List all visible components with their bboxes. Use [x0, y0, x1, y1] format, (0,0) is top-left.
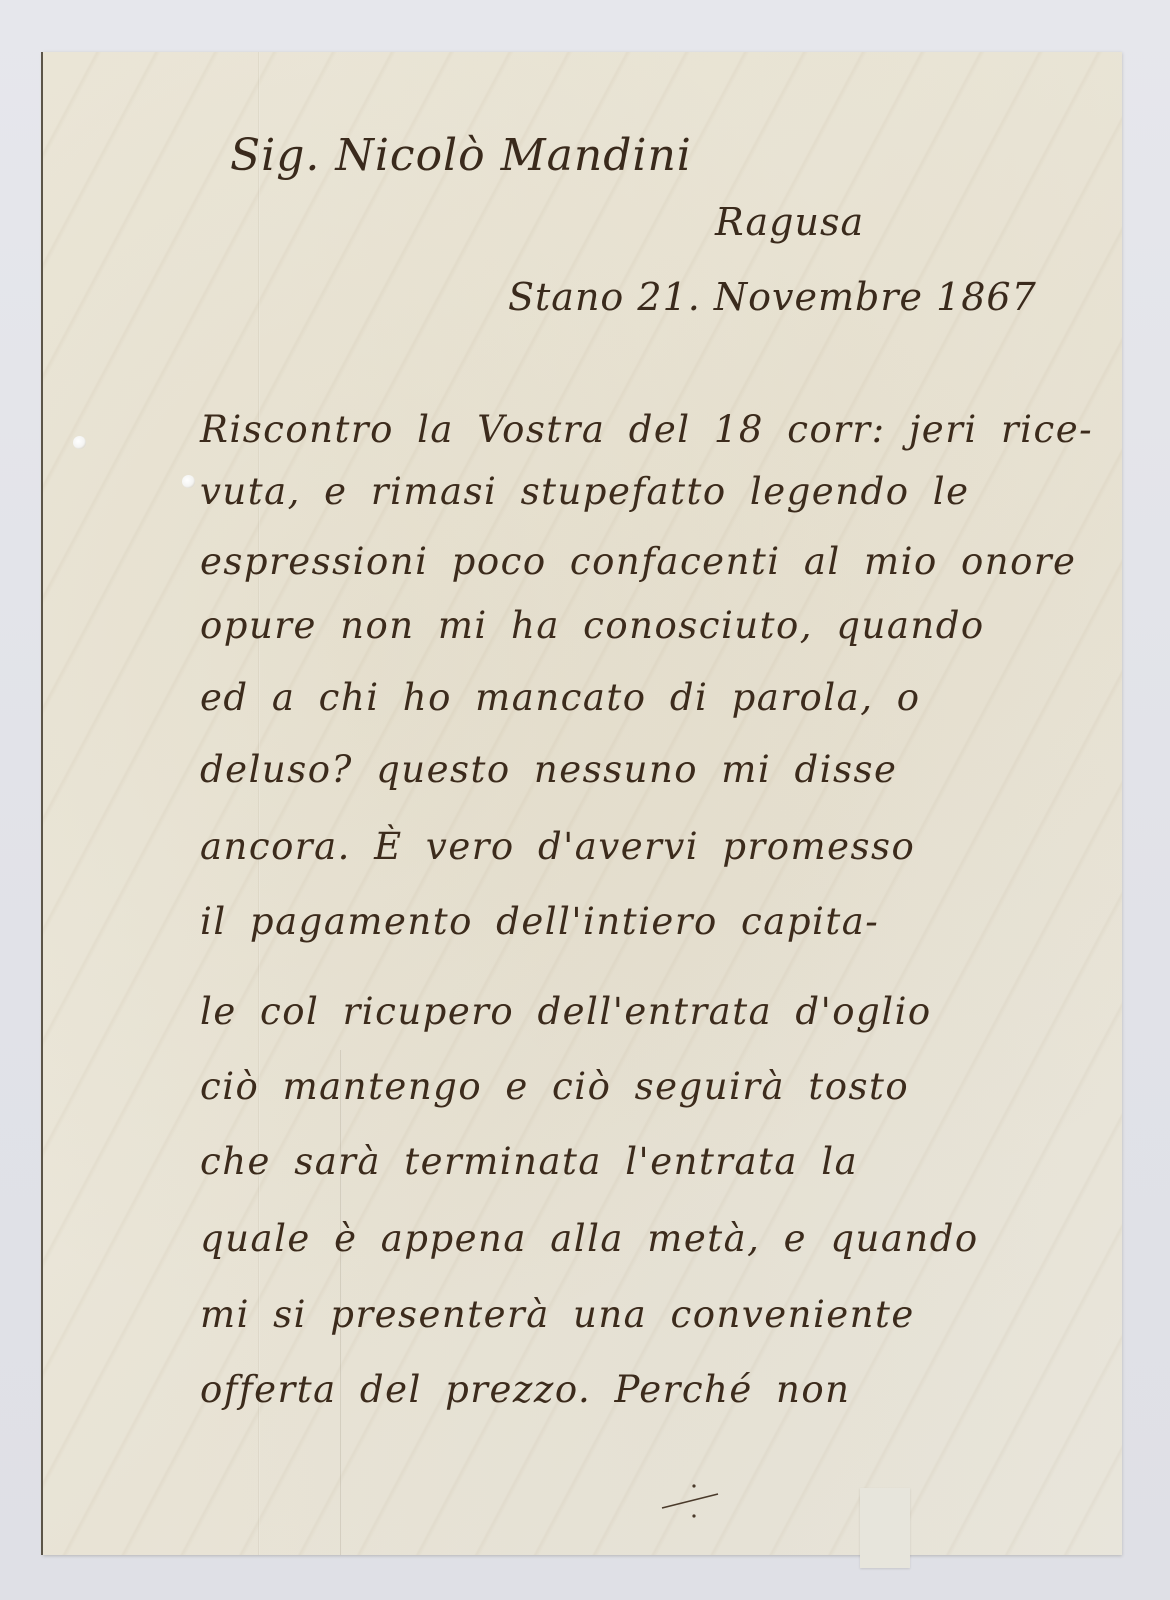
- body-line: ciò mantengo e ciò seguirà tosto: [200, 1065, 909, 1108]
- punch-hole: [182, 475, 195, 488]
- body-line: vuta, e rimasi stupefatto legendo le: [200, 470, 969, 513]
- body-line: ed a chi ho mancato di parola, o: [200, 676, 921, 719]
- body-line: espressioni poco confacenti al mio onore: [200, 540, 1076, 583]
- body-line: deluso? questo nessuno mi disse: [200, 748, 897, 791]
- body-line: Riscontro la Vostra del 18 corr: jeri ri…: [200, 408, 1093, 451]
- destination-line: Ragusa: [715, 200, 864, 244]
- body-line: offerta del prezzo. Perché non: [200, 1368, 850, 1411]
- addressee-line: Sig. Nicolò Mandini: [230, 130, 692, 181]
- body-line: che sarà terminata l'entrata la: [200, 1140, 858, 1183]
- punch-hole: [73, 436, 86, 449]
- body-line: le col ricupero dell'entrata d'oglio: [200, 990, 932, 1033]
- paper-torn-flap: [860, 1488, 910, 1568]
- dateline: Stano 21. Novembre 1867: [508, 275, 1037, 319]
- cross-mark-icon: [660, 1480, 720, 1520]
- body-line: il pagamento dell'intiero capita-: [200, 900, 879, 943]
- body-line: opure non mi ha conosciuto, quando: [200, 604, 985, 647]
- body-line: mi si presenterà una conveniente: [200, 1293, 915, 1336]
- body-line: quale è appena alla metà, e quando: [200, 1217, 979, 1260]
- body-line: ancora. È vero d'avervi promesso: [200, 825, 915, 868]
